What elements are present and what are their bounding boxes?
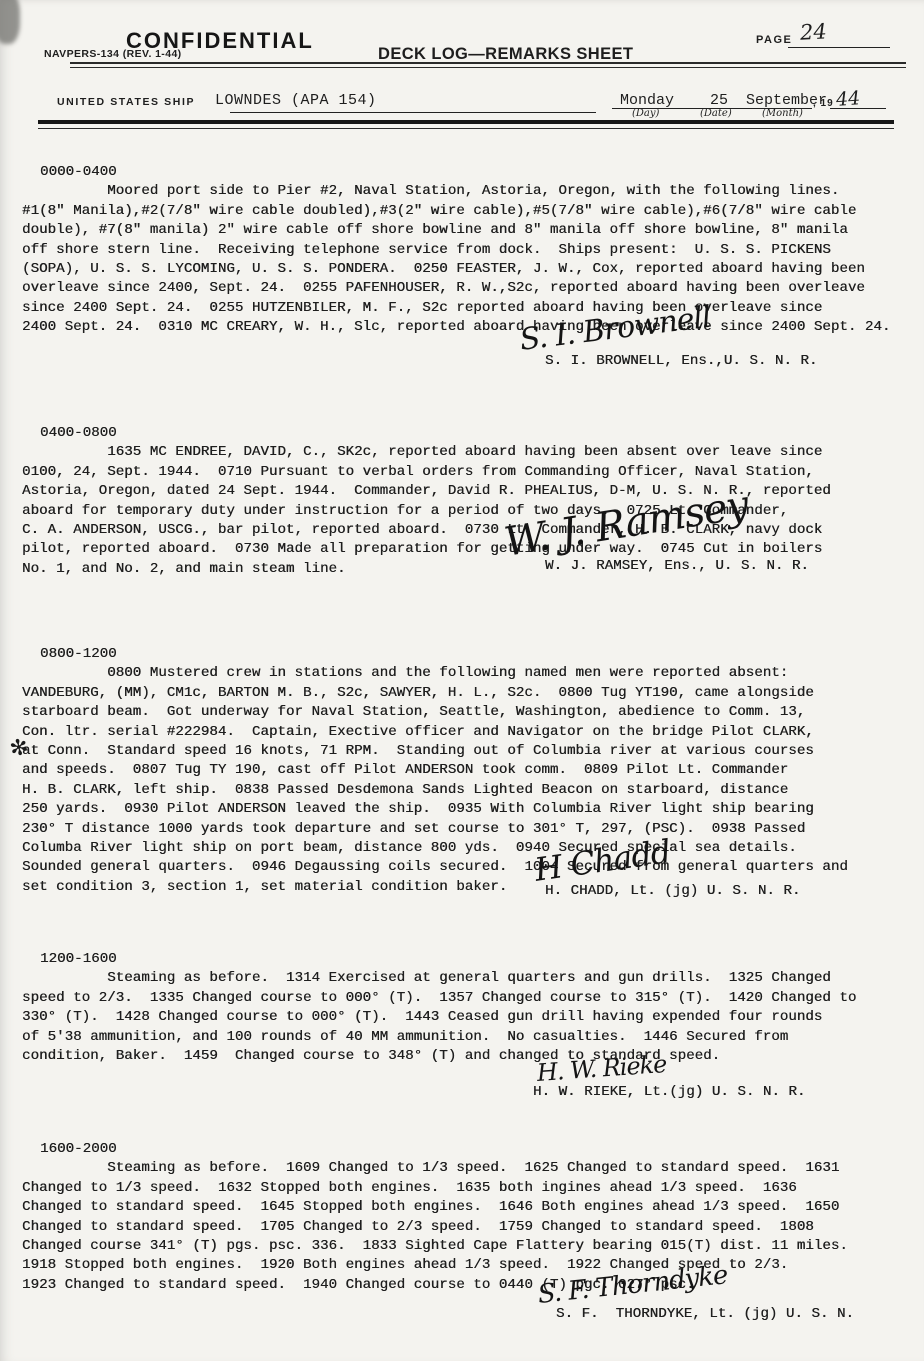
- handwritten-margin-mark: ✻: [8, 737, 30, 760]
- page-label: PAGE: [756, 34, 792, 46]
- caption-month: (Month): [762, 108, 803, 119]
- signature-block: H Chadd H. CHADD, Lt. (jg) U. S. N. R.: [535, 861, 800, 902]
- signature-typed: H. CHADD, Lt. (jg) U. S. N. R.: [545, 882, 800, 901]
- entry-time-range: 1200-1600: [40, 950, 912, 969]
- page-number-underline: [788, 47, 890, 48]
- caption-day: (Day): [632, 108, 659, 119]
- header-thin-rule: [38, 128, 894, 129]
- signature-typed: S. F. THORNDYKE, Lt. (jg) U. S. N.: [556, 1305, 854, 1324]
- form-number: NAVPERS-134 (REV. 1-44): [44, 48, 182, 60]
- signature-block: S. F. Thorndyke S. F. THORNDYKE, Lt. (jg…: [538, 1286, 854, 1325]
- signature-block: W. J. Ramsey W. J. RAMSEY, Ens., U. S. N…: [505, 534, 809, 577]
- signature-block: H. W. Rieke H. W. RIEKE, Lt.(jg) U. S. N…: [533, 1064, 805, 1103]
- signature-block: S. I. Brownell S. I. BROWNELL, Ens.,U. S…: [520, 331, 817, 372]
- ship-label: UNITED STATES SHIP: [57, 96, 195, 108]
- ship-name-underline: [230, 112, 596, 113]
- scan-smudge: [0, 0, 20, 44]
- header-thick-rule: [38, 120, 894, 124]
- header-rule-top: [70, 62, 906, 64]
- year-underline: [830, 108, 886, 109]
- ship-name: LOWNDES (APA 154): [215, 92, 377, 109]
- log-entry-1600-2000: 1600-2000 Steaming as before. 1609 Chang…: [0, 1140, 924, 1295]
- log-entry-1200-1600: 1200-1600 Steaming as before. 1314 Exerc…: [0, 950, 924, 1066]
- log-entry-0800-1200: 0800-1200 0800 Mustered crew in stations…: [0, 645, 924, 897]
- caption-date: (Date): [700, 108, 732, 119]
- deck-log-remarks-page: CONFIDENTIAL PAGE 24 NAVPERS-134 (REV. 1…: [0, 0, 924, 1361]
- entry-time-range: 0800-1200: [40, 645, 912, 664]
- log-entry-0000-0400: 0000-0400 Moored port side to Pier #2, N…: [0, 163, 924, 338]
- signature-typed: W. J. RAMSEY, Ens., U. S. N. R.: [545, 557, 809, 576]
- entry-time-range: 1600-2000: [40, 1140, 912, 1159]
- page-number: 24: [799, 19, 827, 44]
- signature-typed: H. W. RIEKE, Lt.(jg) U. S. N. R.: [533, 1083, 805, 1102]
- date-line: Monday 25 September: [620, 92, 827, 109]
- entry-time-range: 0400-0800: [40, 424, 912, 443]
- entry-time-range: 0000-0400: [40, 163, 912, 182]
- log-entry-0400-0800: 0400-0800 1635 MC ENDREE, DAVID, C., SK2…: [0, 424, 924, 579]
- header-rule-bottom: [70, 67, 906, 68]
- signature-typed: S. I. BROWNELL, Ens.,U. S. N. R.: [545, 352, 817, 371]
